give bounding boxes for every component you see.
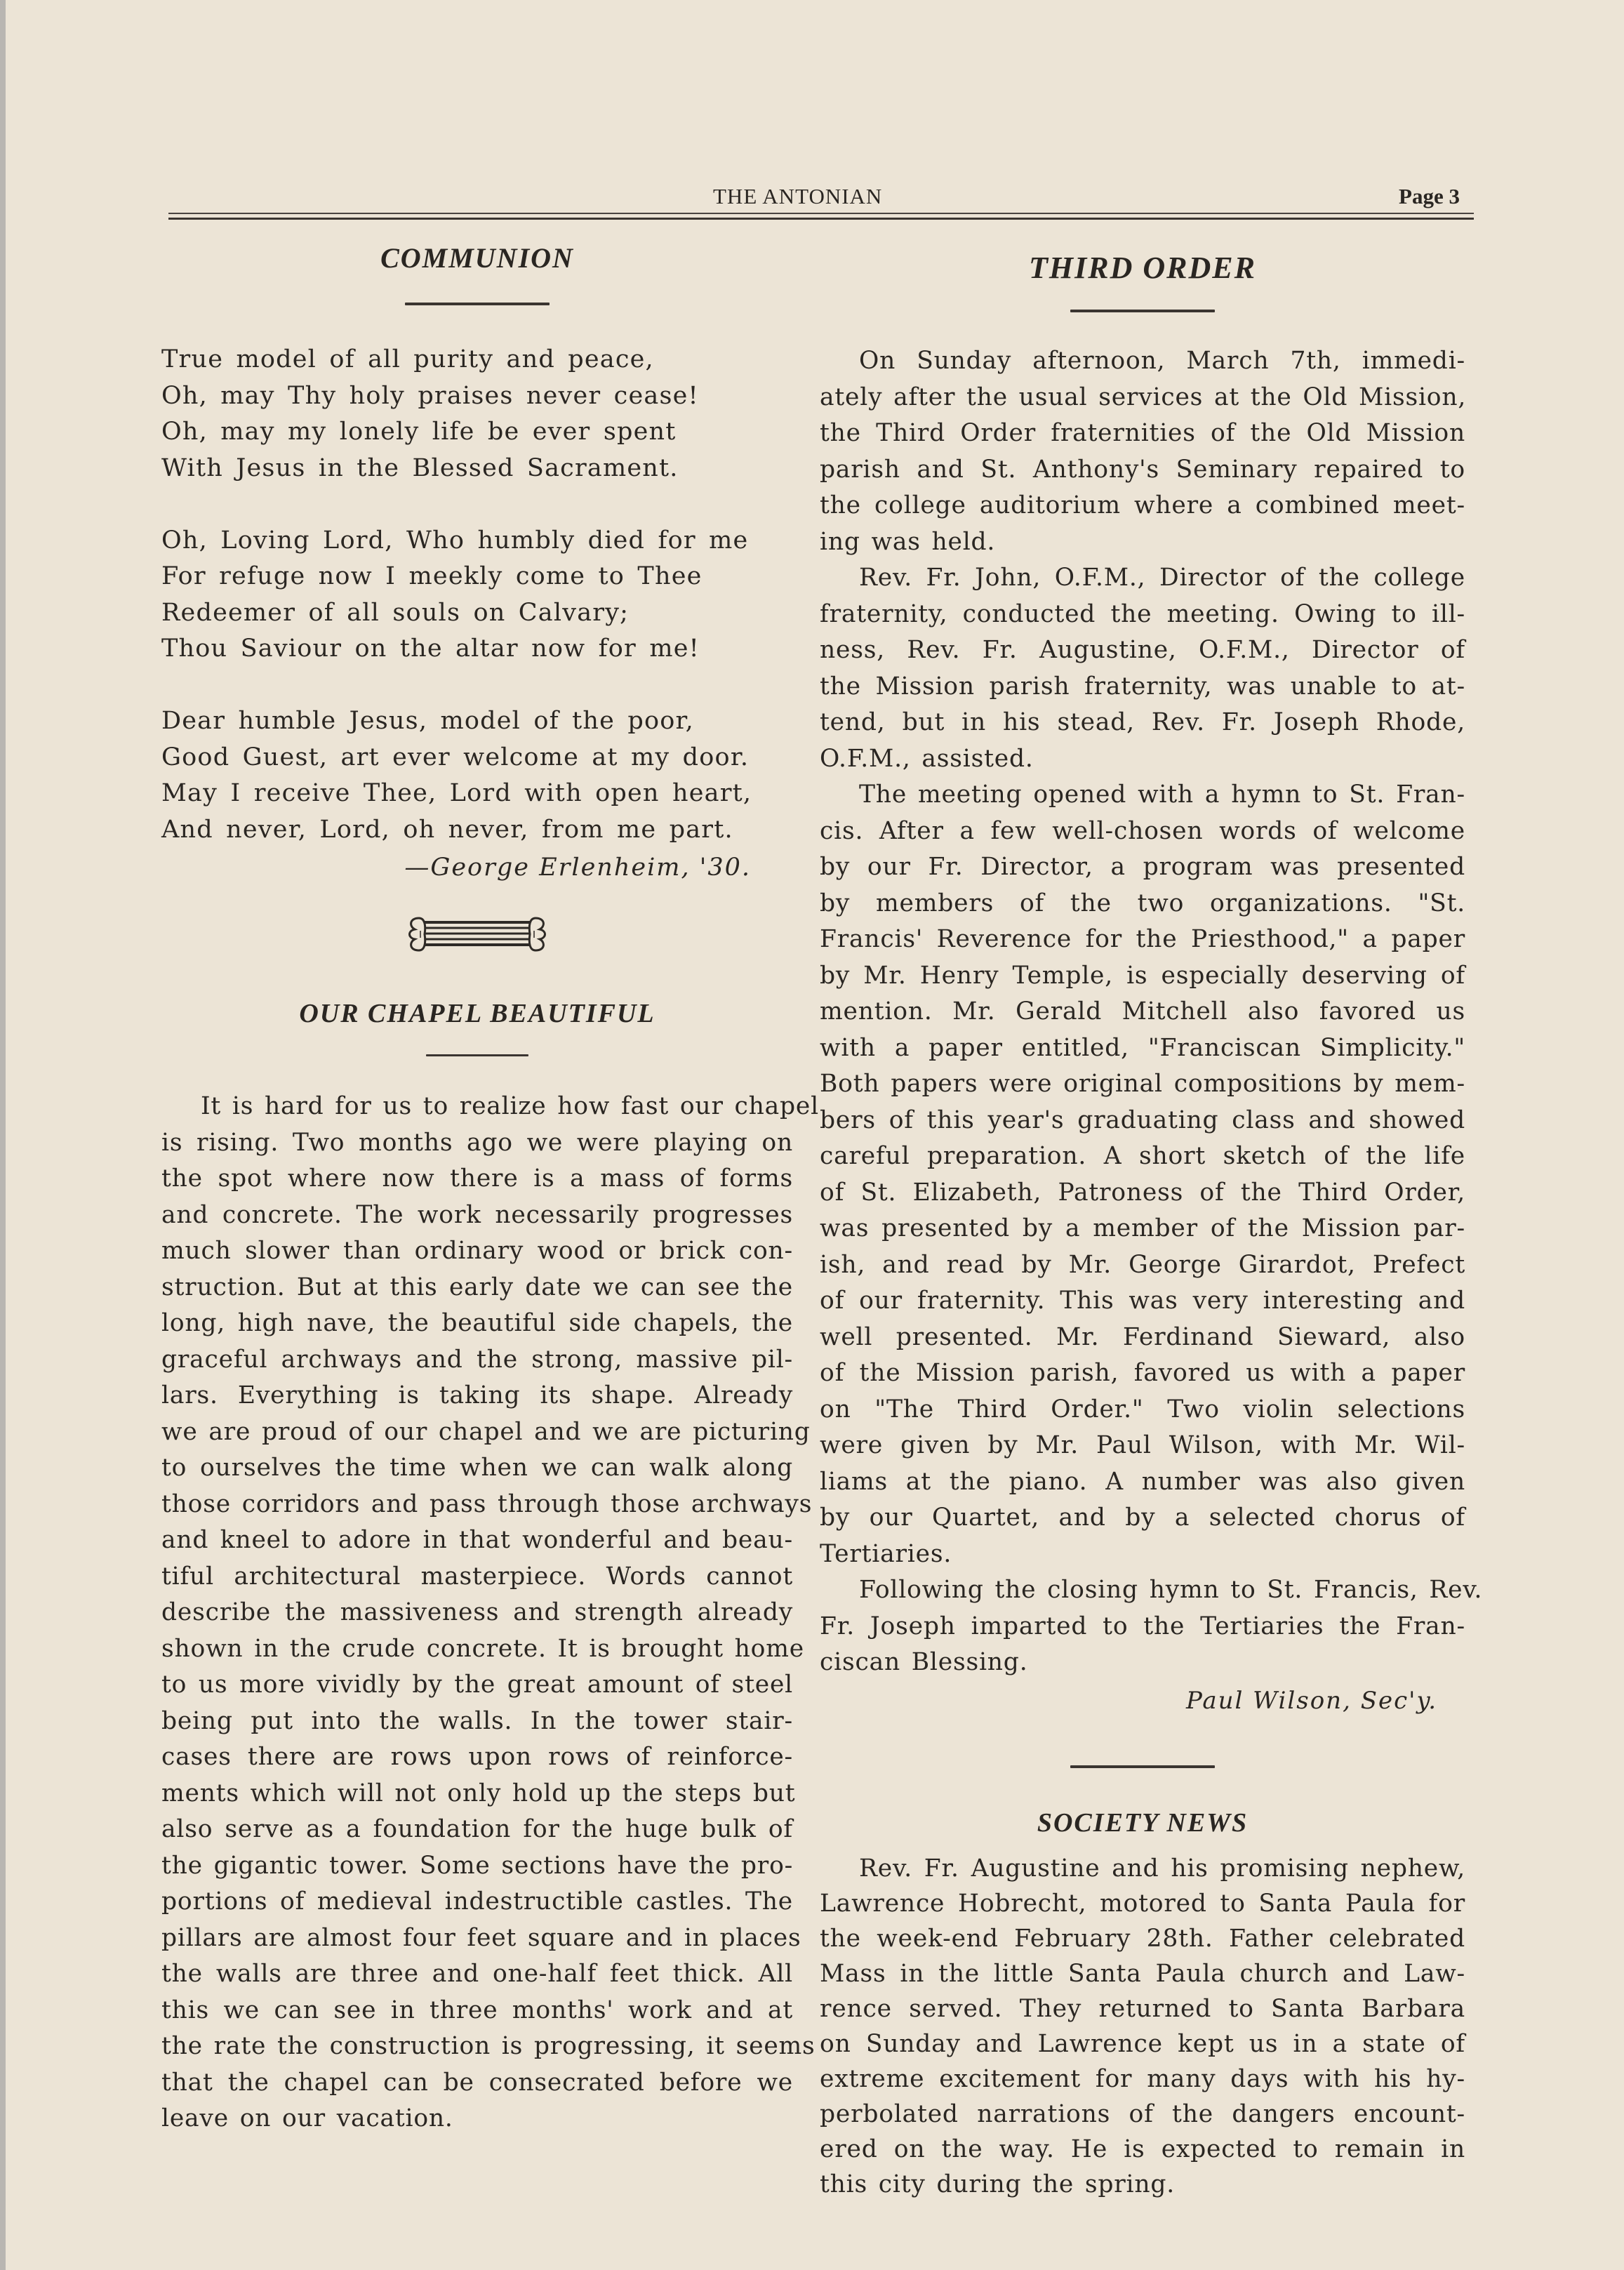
third-order-line: liams at the piano. A number was also gi…	[820, 1464, 1465, 1501]
article-line: to us more vividly by the great amount o…	[161, 1667, 793, 1704]
third-order-line: the Mission parish fraternity, was unabl…	[820, 669, 1465, 705]
poem-line: May I receive Thee, Lord with open heart…	[161, 776, 793, 812]
poem-line: Oh, may my lonely life be ever spent	[161, 414, 793, 451]
article-line: describe the massiveness and strength al…	[161, 1595, 793, 1631]
left-column: COMMUNION True model of all purity and p…	[161, 232, 793, 2137]
page-number: Page 3	[1399, 184, 1460, 209]
header-rule-top	[168, 213, 1474, 214]
article-line: being put into the walls. In the tower s…	[161, 1704, 793, 1740]
article-line: shown in the crude concrete. It is broug…	[161, 1631, 793, 1668]
poem-line: Thou Saviour on the altar now for me!	[161, 631, 793, 668]
article-line: and kneel to adore in that wonderful and…	[161, 1522, 793, 1559]
third-order-line: parish and St. Anthony's Seminary repair…	[820, 452, 1465, 489]
article-line: much slower than ordinary wood or brick …	[161, 1233, 793, 1270]
article-line: to ourselves the time when we can walk a…	[161, 1450, 793, 1487]
third-order-line: Tertiaries.	[820, 1536, 1465, 1573]
third-order-body: On Sunday afternoon, March 7th, immedi- …	[820, 343, 1465, 1681]
column-ornament-icon	[404, 912, 551, 955]
poem-stanza: Dear humble Jesus, model of the poor, Go…	[161, 703, 793, 848]
third-order-signature: Paul Wilson, Sec'y.	[820, 1687, 1465, 1715]
poem-body: True model of all purity and peace, Oh, …	[161, 342, 793, 848]
article-title-rule	[426, 1054, 528, 1056]
society-news-line: rence served. They returned to Santa Bar…	[820, 1991, 1465, 2026]
article-line: It is hard for us to realize how fast ou…	[161, 1089, 793, 1125]
third-order-line: on "The Third Order." Two violin selecti…	[820, 1392, 1465, 1428]
third-order-line: by members of the two organizations. "St…	[820, 886, 1465, 922]
third-order-line: O.F.M., assisted.	[820, 741, 1465, 778]
society-news-line: Lawrence Hobrecht, motored to Santa Paul…	[820, 1886, 1465, 1921]
poem-line: Redeemer of all souls on Calvary;	[161, 595, 793, 632]
poem-stanza: Oh, Loving Lord, Who humbly died for me …	[161, 523, 793, 668]
third-order-line: Francis' Reverence for the Priesthood," …	[820, 922, 1465, 958]
article-line: also serve as a foundation for the huge …	[161, 1812, 793, 1848]
article-line: lars. Everything is taking its shape. Al…	[161, 1378, 793, 1414]
third-order-line: careful preparation. A short sketch of t…	[820, 1139, 1465, 1175]
article-line: leave on our vacation.	[161, 2101, 793, 2137]
article-line: the gigantic tower. Some sections have t…	[161, 1848, 793, 1885]
society-news-title: SOCIETY NEWS	[820, 1807, 1465, 1838]
society-news-line: this city during the spring.	[820, 2167, 1465, 2202]
article-line: long, high nave, the beautiful side chap…	[161, 1306, 793, 1342]
publication-title: THE ANTONIAN	[713, 184, 882, 209]
third-order-line: ately after the usual services at the Ol…	[820, 380, 1465, 416]
third-order-line: Following the closing hymn to St. Franci…	[820, 1572, 1465, 1609]
article-line: struction. But at this early date we can…	[161, 1270, 793, 1306]
article-line: pillars are almost four feet square and …	[161, 1920, 793, 1957]
third-order-line: ish, and read by Mr. George Girardot, Pr…	[820, 1247, 1465, 1284]
article-line: cases there are rows upon rows of reinfo…	[161, 1739, 793, 1776]
page-edge	[0, 0, 6, 2270]
poem-title: COMMUNION	[161, 241, 793, 274]
article-title: OUR CHAPEL BEAUTIFUL	[161, 998, 793, 1029]
poem-line: Good Guest, art ever welcome at my door.	[161, 740, 793, 776]
third-order-line: ing was held.	[820, 524, 1465, 561]
society-news-line: extreme excitement for many days with hi…	[820, 2062, 1465, 2097]
society-news-line: Mass in the little Santa Paula church an…	[820, 1956, 1465, 1991]
article-line: the walls are three and one-half feet th…	[161, 1956, 793, 1993]
article-line: and concrete. The work necessarily progr…	[161, 1197, 793, 1234]
third-order-line: of St. Elizabeth, Patroness of the Third…	[820, 1175, 1465, 1212]
poem-line: True model of all purity and peace,	[161, 342, 793, 378]
third-order-line: ness, Rev. Fr. Augustine, O.F.M., Direct…	[820, 632, 1465, 669]
third-order-line: fraternity, conducted the meeting. Owing…	[820, 597, 1465, 633]
third-order-line: by Mr. Henry Temple, is especially deser…	[820, 958, 1465, 995]
poem-line: With Jesus in the Blessed Sacrament.	[161, 451, 793, 487]
society-news-line: Rev. Fr. Augustine and his promising nep…	[820, 1851, 1465, 1886]
third-order-line: Both papers were original compositions b…	[820, 1066, 1465, 1103]
poem-line: And never, Lord, oh never, from me part.	[161, 812, 793, 849]
poem-stanza: True model of all purity and peace, Oh, …	[161, 342, 793, 486]
third-order-title: THIRD ORDER	[820, 250, 1465, 286]
society-news-line: perbolated narrations of the dangers enc…	[820, 2097, 1465, 2132]
right-column: THIRD ORDER On Sunday afternoon, March 7…	[820, 232, 1465, 2202]
running-header: THE ANTONIAN Page 3	[168, 184, 1474, 219]
poem-line: Oh, Loving Lord, Who humbly died for me	[161, 523, 793, 559]
article-line: those corridors and pass through those a…	[161, 1487, 793, 1523]
third-order-line: Rev. Fr. John, O.F.M., Director of the c…	[820, 560, 1465, 597]
article-line: portions of medieval indestructible cast…	[161, 1884, 793, 1920]
society-news-body: Rev. Fr. Augustine and his promising nep…	[820, 1851, 1465, 2202]
header-rule-bottom	[168, 218, 1474, 220]
third-order-line: of our fraternity. This was very interes…	[820, 1283, 1465, 1320]
article-line: tiful architectural masterpiece. Words c…	[161, 1559, 793, 1595]
third-order-line: were given by Mr. Paul Wilson, with Mr. …	[820, 1428, 1465, 1464]
society-news-line: on Sunday and Lawrence kept us in a stat…	[820, 2026, 1465, 2062]
article-line: we are proud of our chapel and we are pi…	[161, 1414, 793, 1451]
third-order-line: bers of this year's graduating class and…	[820, 1103, 1465, 1139]
poem-line: Oh, may Thy holy praises never cease!	[161, 378, 793, 415]
article-line: the spot where now there is a mass of fo…	[161, 1161, 793, 1197]
society-news-line: the week-end February 28th. Father celeb…	[820, 1921, 1465, 1956]
article-line: is rising. Two months ago we were playin…	[161, 1125, 793, 1162]
third-order-line: mention. Mr. Gerald Mitchell also favore…	[820, 994, 1465, 1030]
article-line: that the chapel can be consecrated befor…	[161, 2065, 793, 2102]
third-order-line: The meeting opened with a hymn to St. Fr…	[820, 777, 1465, 814]
third-order-line: the college auditorium where a combined …	[820, 488, 1465, 524]
third-order-title-rule	[1070, 310, 1215, 312]
third-order-line: tend, but in his stead, Rev. Fr. Joseph …	[820, 705, 1465, 741]
third-order-line: was presented by a member of the Mission…	[820, 1211, 1465, 1247]
third-order-line: well presented. Mr. Ferdinand Sieward, a…	[820, 1320, 1465, 1356]
article-line: ments which will not only hold up the st…	[161, 1776, 793, 1812]
third-order-line: of the Mission parish, favored us with a…	[820, 1355, 1465, 1392]
third-order-line: with a paper entitled, "Franciscan Simpl…	[820, 1030, 1465, 1067]
section-divider-rule	[1070, 1765, 1215, 1768]
article-body: It is hard for us to realize how fast ou…	[161, 1089, 793, 2137]
third-order-line: Fr. Joseph imparted to the Tertiaries th…	[820, 1609, 1465, 1645]
poem-line: Dear humble Jesus, model of the poor,	[161, 703, 793, 740]
poem-attribution: —George Erlenheim, '30.	[161, 854, 793, 882]
poem-line: For refuge now I meekly come to Thee	[161, 559, 793, 595]
third-order-line: On Sunday afternoon, March 7th, immedi-	[820, 343, 1465, 380]
third-order-line: the Third Order fraternities of the Old …	[820, 416, 1465, 452]
article-line: graceful archways and the strong, massiv…	[161, 1342, 793, 1379]
third-order-line: by our Quartet, and by a selected chorus…	[820, 1500, 1465, 1536]
third-order-line: by our Fr. Director, a program was prese…	[820, 849, 1465, 886]
poem-title-rule	[405, 303, 550, 305]
article-line: this we can see in three months' work an…	[161, 1993, 793, 2029]
society-news-line: ered on the way. He is expected to remai…	[820, 2132, 1465, 2167]
article-line: the rate the construction is progressing…	[161, 2029, 793, 2065]
third-order-line: ciscan Blessing.	[820, 1645, 1465, 1681]
third-order-line: cis. After a few well-chosen words of we…	[820, 814, 1465, 850]
